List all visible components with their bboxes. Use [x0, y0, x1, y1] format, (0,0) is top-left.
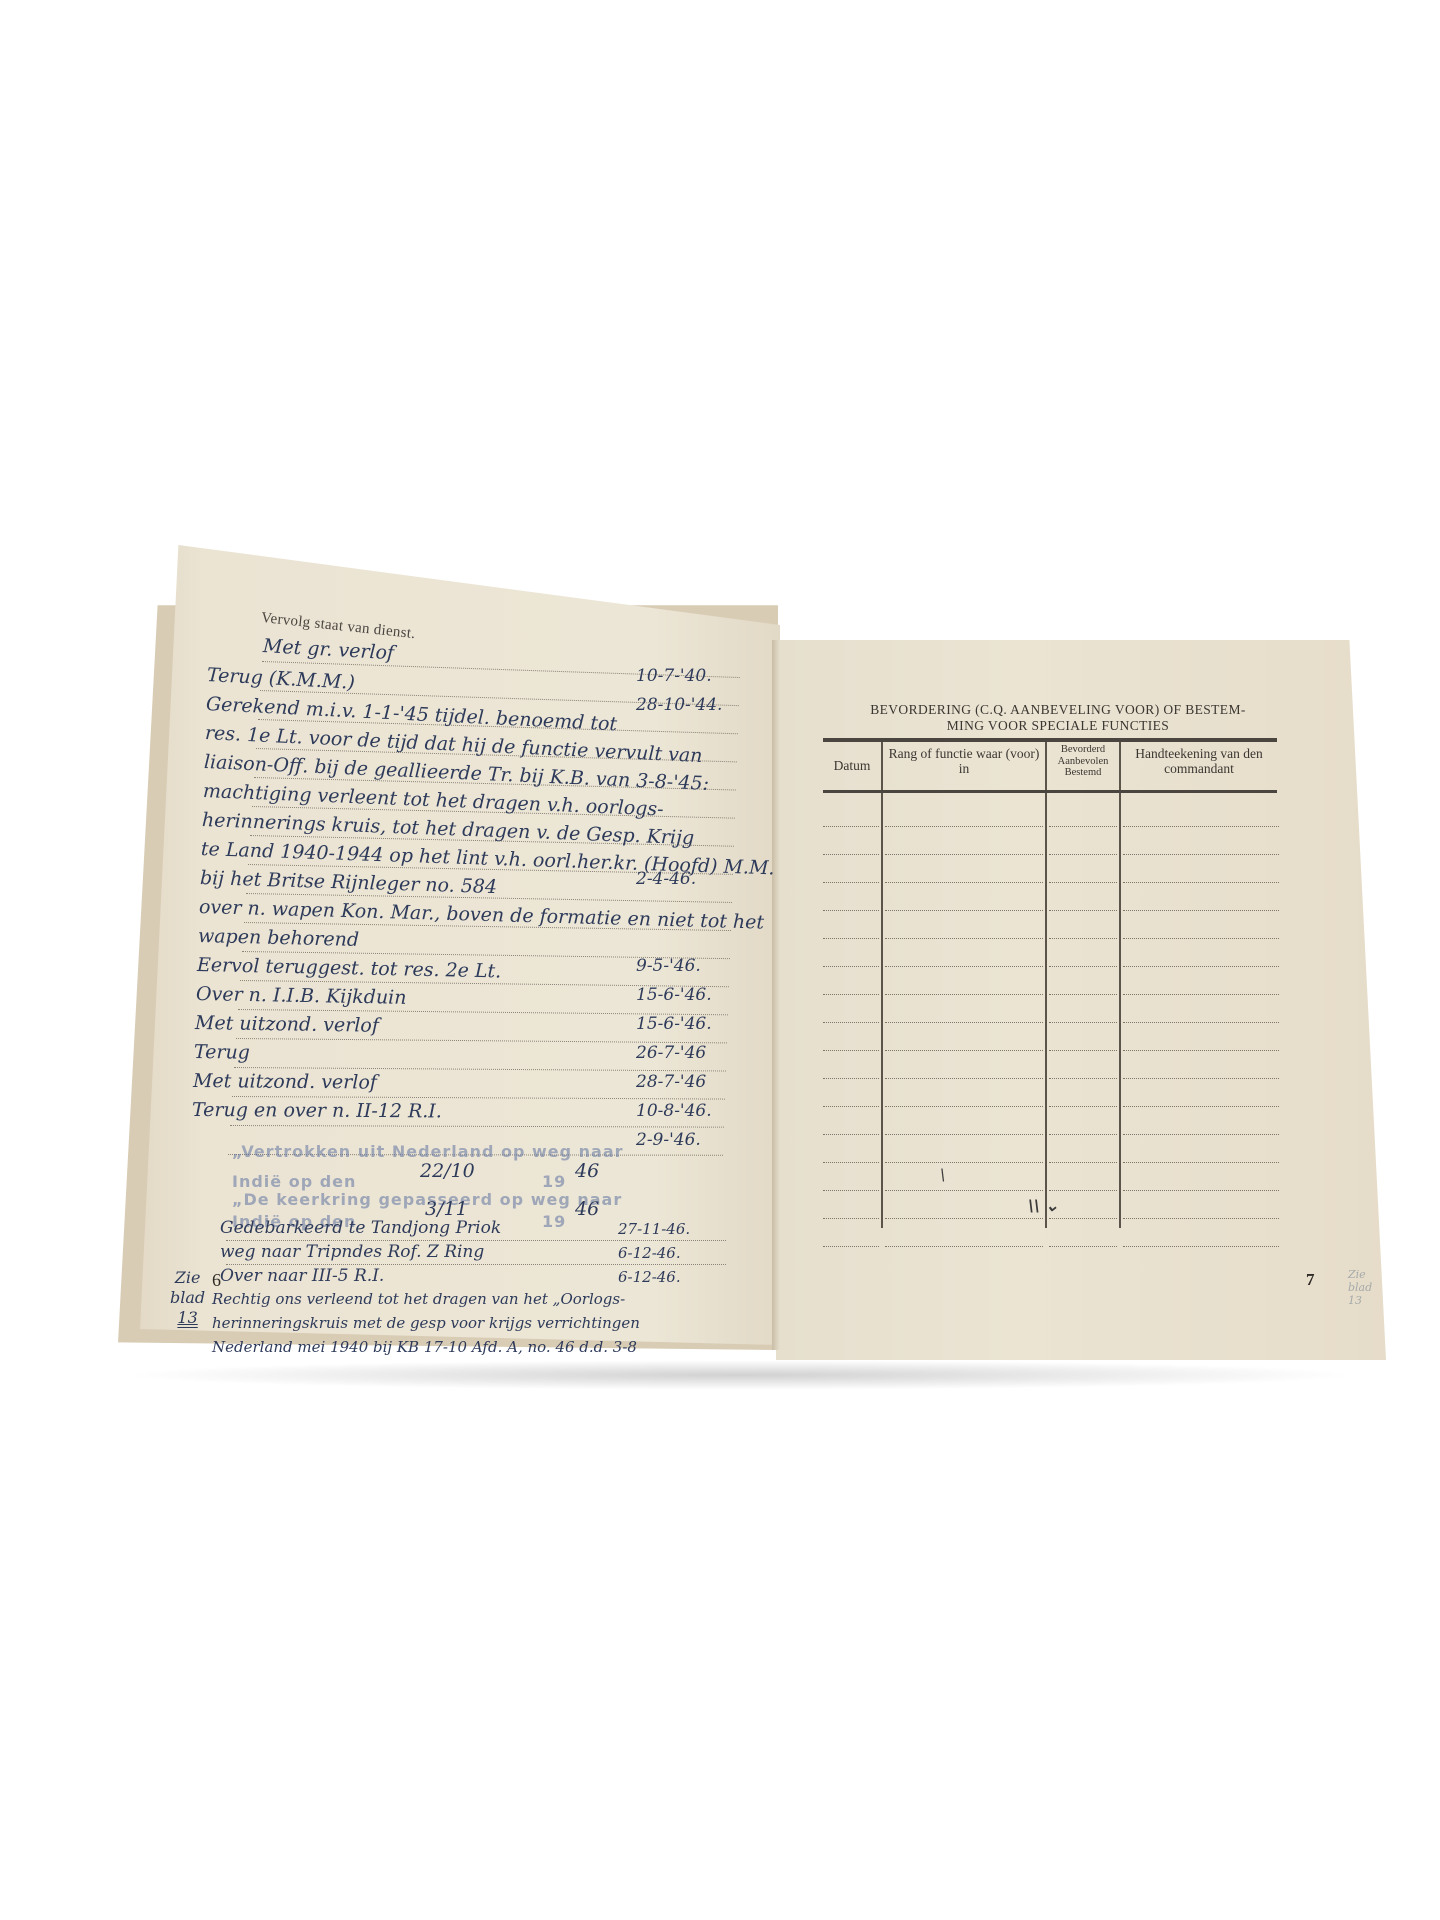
table-row-line [885, 1190, 1043, 1191]
table-row-line [1123, 854, 1279, 855]
stamp-year-prefix-2: 19 [542, 1212, 566, 1231]
table-row-line [885, 1050, 1043, 1051]
left-page-number: 6 [212, 1270, 221, 1291]
table-row-line [823, 1162, 879, 1163]
table-row-line [823, 1022, 879, 1023]
entry-text: Over n. I.I.B. Kijkduin [196, 983, 407, 1009]
entry-text: weg naar Tripndes Rof. Z Ring [220, 1242, 484, 1262]
stamp-line-2: Indië op den [232, 1172, 356, 1191]
table-row-line [1123, 938, 1279, 939]
table-row-line [1123, 1190, 1279, 1191]
table-row-line [885, 1134, 1043, 1135]
stamp-line-1: „Vertrokken uit Nederland op weg naar [232, 1142, 624, 1161]
entry-text: Terug [194, 1041, 250, 1064]
title-line-1: BEVORDERING (C.Q. AANBEVELING VOOR) OF B… [818, 702, 1298, 718]
faint-note-line: blad [1348, 1281, 1372, 1294]
pencil-mark: \\ ⌄ [1028, 1196, 1059, 1215]
table-row-line [1123, 1106, 1279, 1107]
promotions-table: Datum Rang of functie waar (voor) in Bev… [823, 738, 1277, 1238]
entry-date: 15-6-'46. [636, 1014, 712, 1034]
table-row-line [885, 1246, 1043, 1247]
table-row-line [1049, 1218, 1117, 1219]
column-divider [1119, 742, 1121, 1228]
stamp-year-prefix-1: 19 [542, 1172, 566, 1191]
table-row-line [1049, 854, 1117, 855]
table-row-line [823, 966, 879, 967]
table-row-line [1123, 994, 1279, 995]
margin-note-line: blad [170, 1288, 205, 1308]
table-row-line [1123, 882, 1279, 883]
entry-date: 2-9-'46. [636, 1130, 701, 1150]
stamp-year-2: 46 [575, 1198, 599, 1220]
entry-date: 28-10-'44. [636, 695, 722, 715]
faint-note-line: Zie [1348, 1268, 1372, 1281]
table-row-line [885, 1162, 1043, 1163]
table-row-line [823, 910, 879, 911]
table-row-line [885, 854, 1043, 855]
table-row-line [1049, 826, 1117, 827]
entry-date: 6-12-46. [618, 1244, 681, 1262]
table-row-line [1049, 882, 1117, 883]
column-header-handteekening: Handteekening van den commandant [1121, 746, 1277, 776]
book-shadow [120, 1360, 1360, 1390]
table-row-line [1049, 994, 1117, 995]
right-page-number: 7 [1306, 1270, 1315, 1290]
column-header-rang: Rang of functie waar (voor) in [883, 746, 1045, 776]
table-row-line [1049, 1022, 1117, 1023]
entry-date: 2-4-46. [636, 869, 696, 889]
photo-scene: Vervolg staat van dienst. Met gr. verlof… [0, 0, 1440, 1920]
stamp-date-2: 3/11 [425, 1198, 468, 1220]
entry-date: 26-7-'46 [636, 1043, 706, 1063]
column-header-datum: Datum [823, 758, 881, 773]
table-row-line [1123, 1078, 1279, 1079]
entry-date: 10-8-'46. [636, 1101, 712, 1121]
table-top-rule [823, 738, 1277, 742]
table-row-line [823, 1050, 879, 1051]
entry-date: 28-7-'46 [636, 1072, 706, 1092]
stamp-date-1: 22/10 [420, 1160, 475, 1182]
entry-date: 9-5-'46. [636, 956, 701, 976]
table-row-line [1123, 966, 1279, 967]
margin-note: Zie blad 13 [170, 1268, 205, 1328]
table-row-line [823, 1134, 879, 1135]
table-row-line [1123, 1246, 1279, 1247]
table-row-line [1123, 1050, 1279, 1051]
entry-date: 6-12-46. [618, 1268, 681, 1286]
table-row-line [885, 826, 1043, 827]
entry-text: Gedebarkeerd te Tandjong Priok [220, 1218, 501, 1238]
pencil-mark: \ [940, 1165, 945, 1184]
entry-date: 10-7-'40. [636, 666, 712, 686]
table-row-line [885, 1106, 1043, 1107]
table-row-line [885, 1022, 1043, 1023]
faint-margin-note: Zie blad 13 [1348, 1268, 1372, 1307]
table-row-line [823, 1218, 879, 1219]
faint-note-line: 13 [1348, 1294, 1372, 1307]
table-row-line [885, 1078, 1043, 1079]
table-row-line [823, 1190, 879, 1191]
table-row-line [1123, 910, 1279, 911]
entry-date: 15-6-'46. [636, 985, 712, 1005]
table-row-line [885, 994, 1043, 995]
entry-date: 27-11-46. [618, 1220, 690, 1238]
column-divider [881, 742, 883, 1228]
table-row-line [823, 994, 879, 995]
table-row-line [1049, 1190, 1117, 1191]
table-row-line [1049, 1106, 1117, 1107]
entry-text: Nederland mei 1940 bij KB 17-10 Afd. A, … [212, 1338, 637, 1356]
table-row-line [1049, 1134, 1117, 1135]
column-divider [1045, 742, 1047, 1228]
table-row-line [885, 938, 1043, 939]
entry-text: wapen behorend [198, 925, 360, 951]
entry-text: Met uitzond. verlof [195, 1012, 379, 1037]
margin-note-line: Zie [170, 1268, 205, 1288]
column-header-bevorderd: Bevorderd Aanbevolen Bestemd [1047, 744, 1119, 779]
table-row-line [823, 1246, 879, 1247]
table-row-line [823, 854, 879, 855]
entry-text: herinneringskruis met de gesp voor krijg… [212, 1314, 640, 1332]
table-row-line [885, 1218, 1043, 1219]
table-row-line [1123, 826, 1279, 827]
table-row-line [1123, 1218, 1279, 1219]
ruled-line [226, 1264, 726, 1265]
table-row-line [1049, 1078, 1117, 1079]
entry-text: Over naar III-5 R.I. [220, 1266, 384, 1286]
table-row-line [823, 938, 879, 939]
title-line-2: MING VOOR SPECIALE FUNCTIES [818, 718, 1298, 734]
table-row-line [1123, 1022, 1279, 1023]
table-row-line [823, 1106, 879, 1107]
margin-note-line: 13 [170, 1308, 205, 1328]
table-row-line [1049, 938, 1117, 939]
table-row-line [823, 882, 879, 883]
ruled-line [226, 1240, 726, 1241]
entry-text: Terug en over n. II-12 R.I. [192, 1099, 442, 1122]
table-row-line [1049, 1050, 1117, 1051]
entry-text: Rechtig ons verleend tot het dragen van … [212, 1290, 625, 1308]
table-row-line [1049, 910, 1117, 911]
table-row-line [1049, 1162, 1117, 1163]
table-row-line [1049, 1246, 1117, 1247]
book-spine [772, 640, 780, 1350]
table-header-rule [823, 790, 1277, 793]
table-row-line [1049, 966, 1117, 967]
table-row-line [823, 1078, 879, 1079]
table-row-line [1123, 1162, 1279, 1163]
table-row-line [823, 826, 879, 827]
table-row-line [885, 910, 1043, 911]
table-row-line [1123, 1134, 1279, 1135]
table-row-line [885, 966, 1043, 967]
stamp-year-1: 46 [575, 1160, 599, 1182]
entry-text: Met uitzond. verlof [193, 1070, 377, 1094]
table-row-line [885, 882, 1043, 883]
right-page-title: BEVORDERING (C.Q. AANBEVELING VOOR) OF B… [818, 702, 1298, 734]
